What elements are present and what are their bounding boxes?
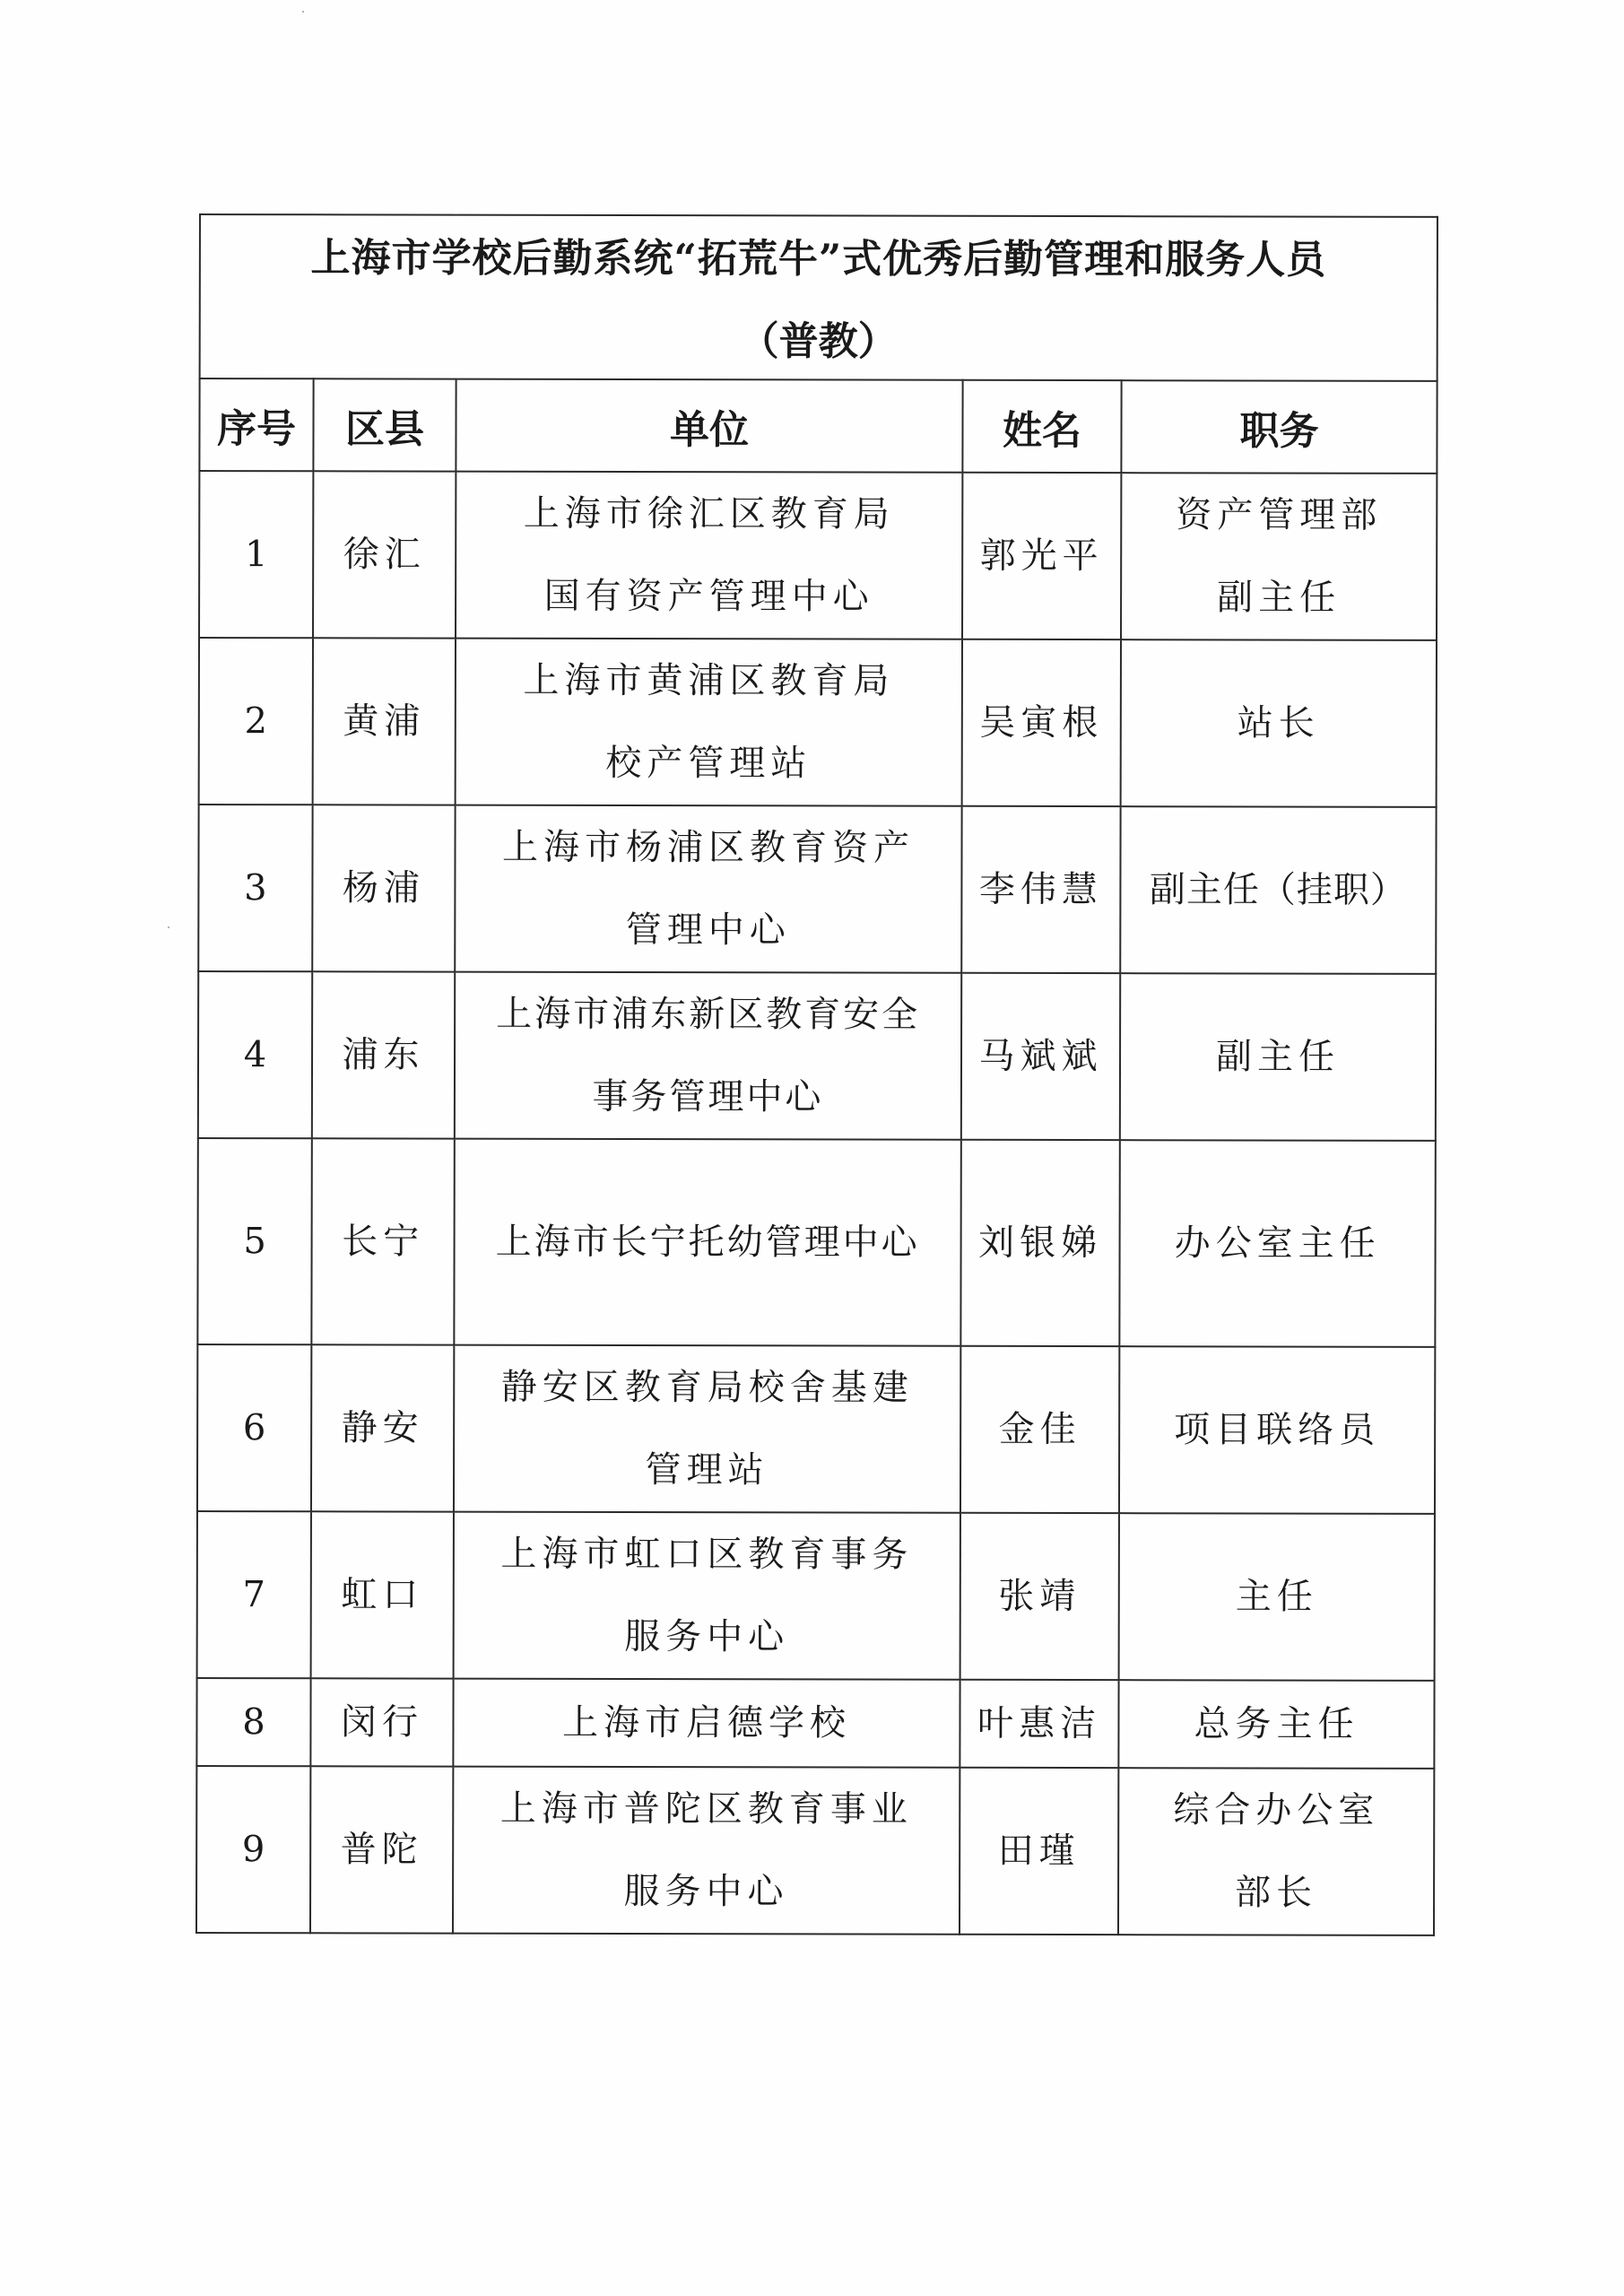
unit-line: 上海市黄浦区教育局 — [456, 639, 961, 723]
cell-unit: 上海市黄浦区教育局校产管理站 — [456, 639, 962, 806]
table-row: 8 闵行 上海市启德学校 叶惠洁 总务主任 — [196, 1678, 1434, 1769]
cell-name: 郭光平 — [962, 473, 1121, 639]
header-name: 姓名 — [962, 380, 1121, 473]
cell-no: 5 — [197, 1138, 311, 1344]
unit-line: 管理中心 — [456, 889, 960, 972]
title-line: 部长 — [1119, 1851, 1433, 1935]
scanned-page: 上海市学校后勤系统“拓荒牛”式优秀后勤管理和服务人员 （普教） 序号 区县 单位… — [0, 0, 1624, 2296]
cell-title: 总务主任 — [1118, 1680, 1434, 1769]
cell-unit: 上海市启德学校 — [453, 1679, 960, 1768]
scan-speck — [168, 926, 169, 928]
table-row: 9 普陀 上海市普陀区教育事业服务中心 田瑾 综合办公室部长 — [196, 1766, 1434, 1935]
cell-district: 徐汇 — [313, 471, 456, 638]
cell-unit: 上海市徐汇区教育局国有资产管理中心 — [456, 472, 962, 639]
table-row: 5 长宁 上海市长宁托幼管理中心 刘银娣 办公室主任 — [197, 1138, 1435, 1347]
unit-line: 上海市虹口区教育事务 — [455, 1513, 960, 1596]
cell-no: 4 — [198, 971, 312, 1138]
header-row: 序号 区县 单位 姓名 职务 — [199, 378, 1437, 474]
unit-line: 静安区教育局校舍基建 — [455, 1346, 960, 1430]
title-line: 办公室主任 — [1121, 1202, 1435, 1285]
cell-title: 资产管理部副主任 — [1121, 473, 1437, 640]
cell-no: 3 — [198, 804, 312, 971]
unit-line: 上海市杨浦区教育资产 — [456, 806, 960, 890]
cell-unit: 上海市长宁托幼管理中心 — [454, 1139, 960, 1346]
cell-title: 副主任 — [1120, 973, 1436, 1141]
cell-name: 叶惠洁 — [960, 1680, 1118, 1768]
unit-line: 事务管理中心 — [456, 1056, 960, 1139]
cell-no: 9 — [196, 1766, 310, 1933]
cell-title: 办公室主任 — [1119, 1140, 1435, 1347]
unit-line: 上海市启德学校 — [454, 1682, 959, 1765]
cell-name: 田瑾 — [960, 1768, 1118, 1935]
unit-line: 校产管理站 — [456, 722, 961, 805]
title-line: 副主任 — [1121, 1015, 1435, 1099]
unit-line: 上海市普陀区教育事业 — [454, 1768, 959, 1851]
cell-unit: 静安区教育局校舍基建管理站 — [454, 1345, 960, 1513]
table-row: 3 杨浦 上海市杨浦区教育资产管理中心 李伟慧 副主任（挂职） — [198, 804, 1436, 974]
cell-unit: 上海市虹口区教育事务服务中心 — [454, 1512, 960, 1680]
document-subtitle: （普教） — [201, 315, 1437, 370]
title-line: 站长 — [1122, 682, 1436, 765]
table-row: 6 静安 静安区教育局校舍基建管理站 金佳 项目联络员 — [197, 1344, 1435, 1514]
cell-name: 李伟慧 — [961, 806, 1120, 973]
unit-line: 上海市长宁托幼管理中心 — [456, 1201, 960, 1284]
cell-district: 普陀 — [310, 1766, 453, 1933]
cell-unit: 上海市杨浦区教育资产管理中心 — [455, 805, 961, 973]
cell-district: 浦东 — [312, 971, 455, 1138]
cell-no: 1 — [199, 471, 313, 638]
cell-district: 静安 — [311, 1344, 454, 1511]
cell-name: 张靖 — [960, 1513, 1119, 1680]
cell-district: 长宁 — [311, 1138, 454, 1344]
title-line: 资产管理部 — [1122, 474, 1436, 557]
header-district: 区县 — [313, 378, 456, 471]
cell-district: 黄浦 — [313, 638, 456, 804]
unit-line: 服务中心 — [454, 1850, 959, 1934]
title-row: 上海市学校后勤系统“拓荒牛”式优秀后勤管理和服务人员 （普教） — [200, 214, 1437, 381]
cell-unit: 上海市浦东新区教育安全事务管理中心 — [455, 972, 961, 1140]
cell-title: 主任 — [1119, 1513, 1435, 1681]
table-row: 2 黄浦 上海市黄浦区教育局校产管理站 吴寅根 站长 — [199, 638, 1437, 807]
unit-line: 国有资产管理中心 — [456, 555, 961, 639]
cell-name: 吴寅根 — [962, 639, 1121, 806]
header-title: 职务 — [1121, 380, 1437, 474]
cell-no: 7 — [197, 1511, 311, 1678]
cell-unit: 上海市普陀区教育事业服务中心 — [453, 1767, 960, 1935]
header-unit: 单位 — [456, 379, 962, 473]
title-line: 总务主任 — [1119, 1683, 1433, 1766]
unit-line: 服务中心 — [455, 1596, 960, 1679]
title-line: 副主任 — [1122, 556, 1436, 639]
cell-no: 2 — [199, 638, 313, 804]
title-line: 主任 — [1120, 1555, 1434, 1639]
cell-name: 马斌斌 — [961, 973, 1120, 1140]
cell-no: 6 — [197, 1344, 311, 1511]
unit-line: 上海市徐汇区教育局 — [456, 473, 961, 556]
table-row: 7 虹口 上海市虹口区教育事务服务中心 张靖 主任 — [197, 1511, 1435, 1681]
title-line: 综合办公室 — [1119, 1769, 1433, 1852]
title-cell: 上海市学校后勤系统“拓荒牛”式优秀后勤管理和服务人员 （普教） — [200, 214, 1437, 381]
cell-name: 金佳 — [960, 1346, 1119, 1513]
cell-district: 虹口 — [311, 1511, 454, 1678]
table-row: 4 浦东 上海市浦东新区教育安全事务管理中心 马斌斌 副主任 — [198, 971, 1436, 1141]
document-title: 上海市学校后勤系统“拓荒牛”式优秀后勤管理和服务人员 — [201, 232, 1437, 287]
cell-name: 刘银娣 — [960, 1140, 1119, 1346]
cell-district: 杨浦 — [312, 804, 455, 971]
title-line: 副主任（挂职） — [1121, 848, 1435, 932]
cell-title: 综合办公室部长 — [1118, 1768, 1434, 1935]
scan-speck — [302, 11, 304, 13]
cell-title: 站长 — [1121, 639, 1437, 807]
cell-no: 8 — [196, 1678, 310, 1766]
unit-line: 上海市浦东新区教育安全 — [456, 973, 960, 1057]
header-no: 序号 — [199, 378, 313, 471]
title-line: 项目联络员 — [1120, 1388, 1434, 1472]
table-row: 1 徐汇 上海市徐汇区教育局国有资产管理中心 郭光平 资产管理部副主任 — [199, 471, 1437, 640]
cell-title: 项目联络员 — [1119, 1346, 1435, 1514]
unit-line: 管理站 — [455, 1429, 960, 1512]
cell-district: 闵行 — [310, 1678, 453, 1766]
staff-table: 上海市学校后勤系统“拓荒牛”式优秀后勤管理和服务人员 （普教） 序号 区县 单位… — [195, 213, 1438, 1936]
cell-title: 副主任（挂职） — [1120, 806, 1436, 974]
